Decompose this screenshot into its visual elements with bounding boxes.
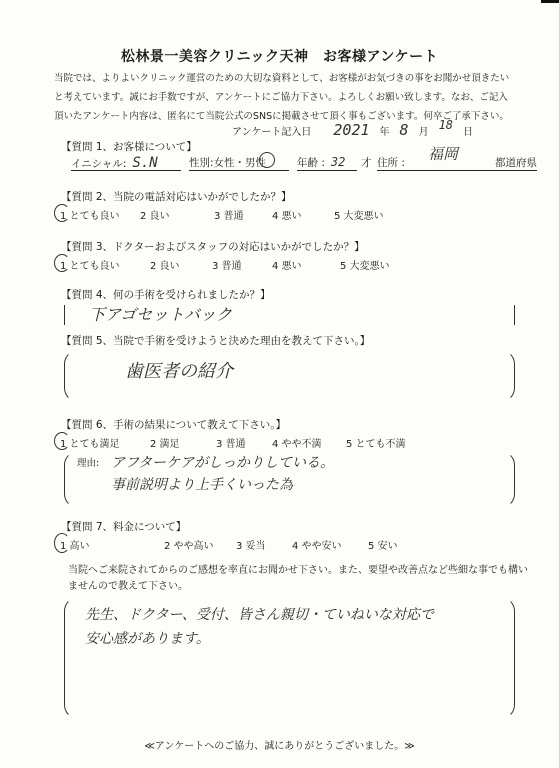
- date-label: アンケート記入日: [232, 123, 311, 138]
- q6-reason-line1: アフターケアがしっかりしている。: [111, 452, 334, 472]
- q3-option-3[interactable]: 3 普通: [212, 257, 242, 272]
- gender-male-circle: [259, 152, 275, 168]
- q6-reason-line2: 事前説明より上手くいった為: [111, 474, 293, 494]
- date-month-unit: 月: [419, 123, 429, 138]
- q7-option-1[interactable]: 1 高い: [60, 537, 90, 552]
- q2-option-5[interactable]: 5 大変悪い: [334, 207, 384, 222]
- q1-heading: 【質問 1、お客様について】: [61, 139, 197, 154]
- page-title: 松林景一美容クリニック天神 お客様アンケート: [0, 46, 559, 66]
- q4-answer-box[interactable]: 下アゴセットバック: [64, 305, 515, 325]
- address-field[interactable]: 住所 : 福岡 都道府県: [377, 155, 537, 171]
- date-year-unit: 年: [380, 123, 390, 138]
- feedback-prompt: 当院へご来院されてからのご感想を率直にお聞かせ下さい。また、要望や改善点など些細…: [68, 563, 528, 595]
- q6-option-4[interactable]: 4 やや不満: [272, 435, 322, 450]
- reason-label: 理由:: [77, 455, 99, 469]
- survey-date: アンケート記入日 2021 年 8 月 18 日: [232, 121, 473, 139]
- scan-mark: [541, 0, 559, 3]
- initial-label: イニシャル:: [71, 158, 126, 170]
- q7-heading: 【質問 7、料金について】: [61, 519, 186, 534]
- q3-option-5[interactable]: 5 大変悪い: [340, 257, 390, 272]
- q6-option-5[interactable]: 5 とても不満: [346, 435, 406, 450]
- date-day[interactable]: 18: [439, 118, 453, 132]
- address-value: 福岡: [428, 143, 458, 164]
- date-year[interactable]: 2021: [333, 121, 369, 139]
- q4-heading: 【質問 4、何の手術を受けられましたか？】: [61, 287, 271, 302]
- q3-heading: 【質問 3、ドクターおよびスタッフの対応はいかがでしたか？】: [61, 239, 365, 254]
- gender-label: 性別:女性・男性: [189, 157, 266, 169]
- q7-option-4[interactable]: 4 やや安い: [292, 537, 342, 552]
- q2-option-4[interactable]: 4 悪い: [272, 207, 302, 222]
- q6-option-3[interactable]: 3 普通: [216, 435, 246, 450]
- footer-thanks: ≪アンケートへのご協力、誠にありがとうございました。≫: [0, 737, 559, 752]
- date-day-unit: 日: [463, 123, 473, 138]
- feedback-line1: 先生、ドクター、受付、皆さん親切・ていねいな対応で: [85, 604, 434, 624]
- q4-answer: 下アゴセットバック: [89, 302, 232, 325]
- q6-heading: 【質問 6、手術の結果について教えて下さい。】: [61, 417, 286, 432]
- q2-option-1[interactable]: 1 とても良い: [60, 207, 120, 222]
- age-field[interactable]: 年齢 :32: [297, 155, 357, 171]
- age-label: 年齢 :: [297, 157, 325, 169]
- q5-heading: 【質問 5、当院で手術を受けようと決めた理由を教えて下さい。】: [61, 333, 370, 348]
- q7-option-3[interactable]: 3 妥当: [236, 537, 266, 552]
- age-unit: 才: [361, 155, 372, 170]
- q5-answer: 歯医者の紹介: [125, 357, 233, 383]
- q3-option-2[interactable]: 2 良い: [150, 257, 180, 272]
- q3-option-1[interactable]: 1 とても良い: [60, 257, 120, 272]
- q2-heading: 【質問 2、当院の電話対応はいかがでしたか？】: [61, 189, 292, 204]
- address-unit: 都道府県: [495, 155, 537, 170]
- q2-option-2[interactable]: 2 良い: [140, 207, 170, 222]
- q6-option-2[interactable]: 2 満足: [150, 435, 180, 450]
- q7-option-5[interactable]: 5 安い: [368, 537, 398, 552]
- initial-field[interactable]: イニシャル:S.N: [71, 155, 181, 171]
- initial-value: S.N: [132, 155, 157, 171]
- date-month[interactable]: 8: [400, 121, 409, 139]
- q3-option-4[interactable]: 4 悪い: [272, 257, 302, 272]
- age-value: 32: [331, 155, 345, 169]
- q6-option-1[interactable]: 1 とても満足: [60, 435, 120, 450]
- q5-answer-box[interactable]: 歯医者の紹介: [64, 350, 515, 402]
- feedback-box[interactable]: 先生、ドクター、受付、皆さん親切・ていねいな対応で 安心感があります。: [64, 597, 515, 719]
- q6-reason-box[interactable]: 理由: アフターケアがしっかりしている。 事前説明より上手くいった為: [64, 451, 515, 508]
- feedback-line2: 安心感があります。: [85, 628, 210, 648]
- gender-field[interactable]: 性別:女性・男性: [189, 155, 289, 171]
- q7-option-2[interactable]: 2 やや高い: [164, 537, 214, 552]
- q2-option-3[interactable]: 3 普通: [214, 207, 244, 222]
- address-label: 住所 :: [377, 157, 405, 169]
